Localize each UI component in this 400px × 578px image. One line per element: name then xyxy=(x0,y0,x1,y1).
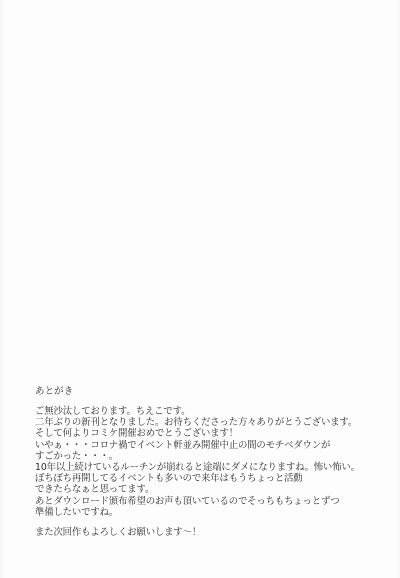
afterword-body: ご無沙汰しております。ちえこです。 二年ぶりの新刊となりました。お待ちくださった… xyxy=(35,406,365,518)
paragraph-spacer xyxy=(35,518,365,527)
body-line: すごかった・・・。 xyxy=(35,451,365,462)
closing-line: また次回作もよろしくお願いします～！ xyxy=(35,527,365,538)
afterword-section: あとがき ご無沙汰しております。ちえこです。 二年ぶりの新刊となりました。お待ち… xyxy=(35,386,365,538)
body-line: いやぁ・・・コロナ禍でイベント軒並み開催中止の間のモチベダウンが xyxy=(35,440,365,451)
body-line: 二年ぶりの新刊となりました。お待ちくださった方々ありがとうございます。 xyxy=(35,417,365,428)
body-line: そして何よりコミケ開催おめでとうございます！ xyxy=(35,428,365,439)
body-line: あとダウンロード頒布希望のお声も頂いているのでそっちもちょっとずつ xyxy=(35,496,365,507)
afterword-heading: あとがき xyxy=(35,386,365,397)
body-line: 10年以上続けているルーチンが崩れると途端にダメになりますね。怖い怖い。 xyxy=(35,462,365,473)
body-line: 準備したいですね。 xyxy=(35,507,365,518)
body-line: できたらなぁと思ってます。 xyxy=(35,484,365,495)
book-page: あとがき ご無沙汰しております。ちえこです。 二年ぶりの新刊となりました。お待ち… xyxy=(0,0,400,578)
body-line: ぼちぼち再開してるイベントも多いので来年はもうちょっと活動 xyxy=(35,473,365,484)
body-line: ご無沙汰しております。ちえこです。 xyxy=(35,406,365,417)
